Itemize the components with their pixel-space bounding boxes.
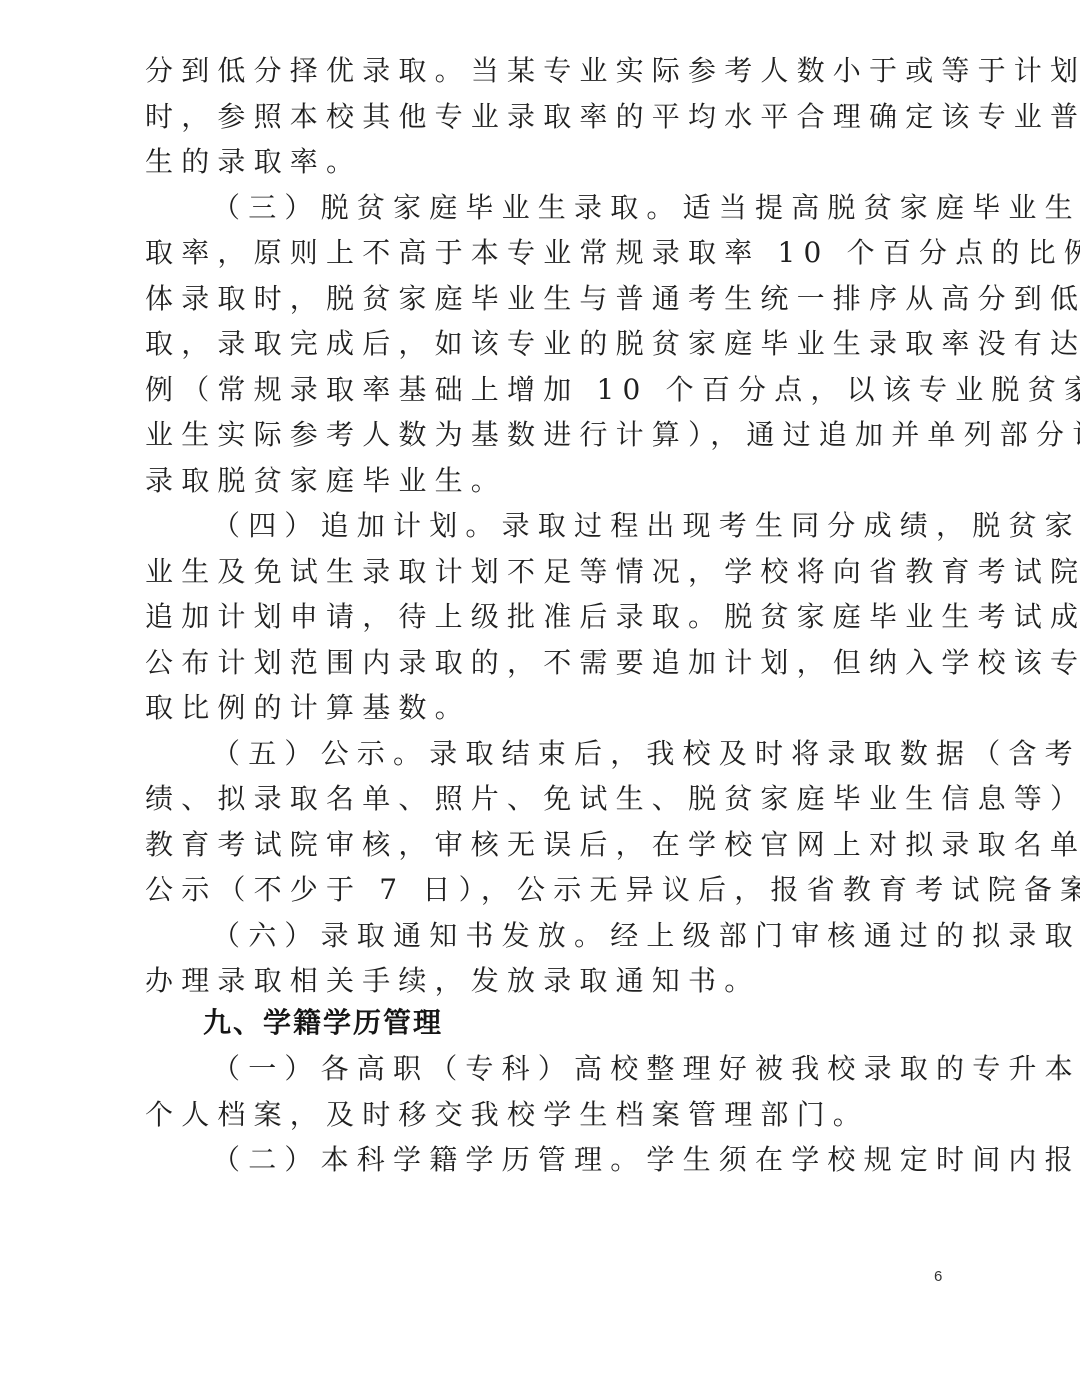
paragraph-first-line: （二）本科学籍学历管理。学生须在学校规定时间内报到入 xyxy=(212,1137,945,1182)
paragraph-first-line: （五）公示。录取结束后，我校及时将录取数据（含考生成 xyxy=(212,731,945,776)
paragraph-line: 业生实际参考人数为基数进行计算），通过追加并单列部分计划 xyxy=(145,412,945,457)
paragraph-line: 绩、拟录取名单、照片、免试生、脱贫家庭毕业生信息等）报省 xyxy=(145,776,945,821)
paragraph-line: 教育考试院审核，审核无误后，在学校官网上对拟录取名单进行 xyxy=(145,822,945,867)
paragraph-line: 追加计划申请，待上级批准后录取。脱贫家庭毕业生考试成绩在 xyxy=(145,594,945,639)
paragraph-first-line: （四）追加计划。录取过程出现考生同分成绩，脱贫家庭毕 xyxy=(212,503,945,548)
paragraph-line: 体录取时，脱贫家庭毕业生与普通考生统一排序从高分到低分录 xyxy=(145,276,945,321)
paragraph-line: 录取脱贫家庭毕业生。 xyxy=(145,458,945,503)
paragraph-line: 个人档案，及时移交我校学生档案管理部门。 xyxy=(145,1092,945,1137)
paragraph-line: 取比例的计算基数。 xyxy=(145,685,945,730)
paragraph-line: 公示（不少于 7 日），公示无异议后，报省教育考试院备案。 xyxy=(145,867,945,912)
paragraph-line: 时，参照本校其他专业录取率的平均水平合理确定该专业普通考 xyxy=(145,94,945,139)
paragraph-line: 办理录取相关手续，发放录取通知书。 xyxy=(145,958,945,1003)
paragraph-line: 公布计划范围内录取的，不需要追加计划，但纳入学校该专业录 xyxy=(145,640,945,685)
paragraph-first-line: （三）脱贫家庭毕业生录取。适当提高脱贫家庭毕业生的录 xyxy=(212,185,945,230)
page-number: 6 xyxy=(934,1268,942,1285)
paragraph-first-line: （六）录取通知书发放。经上级部门审核通过的拟录取考生， xyxy=(212,913,945,958)
paragraph-line: 分到低分择优录取。当某专业实际参考人数小于或等于计划数 xyxy=(145,48,945,93)
document-page: 分到低分择优录取。当某专业实际参考人数小于或等于计划数时，参照本校其他专业录取率… xyxy=(0,0,1080,1380)
section-heading-9: 九、学籍学历管理 xyxy=(203,1000,443,1045)
paragraph-line: 取率，原则上不高于本专业常规录取率 10 个百分点的比例。具 xyxy=(145,230,945,275)
paragraph-first-line: （一）各高职（专科）高校整理好被我校录取的专升本学生 xyxy=(212,1046,945,1091)
paragraph-line: 取，录取完成后，如该专业的脱贫家庭毕业生录取率没有达到比 xyxy=(145,321,945,366)
paragraph-line: 生的录取率。 xyxy=(145,139,945,184)
paragraph-line: 例（常规录取率基础上增加 10 个百分点，以该专业脱贫家庭毕 xyxy=(145,367,945,412)
paragraph-line: 业生及免试生录取计划不足等情况，学校将向省教育考试院提出 xyxy=(145,549,945,594)
